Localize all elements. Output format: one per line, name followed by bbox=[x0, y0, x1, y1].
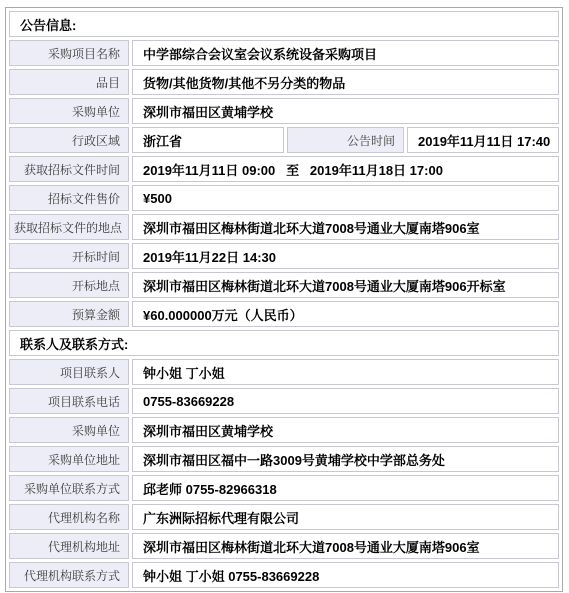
announcement-table: 公告信息:采购项目名称中学部综合会议室会议系统设备采购项目品目货物/其他货物/其… bbox=[5, 7, 563, 592]
field-label-category: 品目 bbox=[9, 69, 129, 95]
field-label-agency-name: 代理机构名称 bbox=[9, 504, 129, 530]
field-value-project-phone: 0755-83669228 bbox=[132, 388, 559, 414]
table-row-purchaser-address: 采购单位地址深圳市福田区福中一路3009号黄埔学校中学部总务处 bbox=[9, 446, 559, 472]
table-row-bid-open-place: 开标地点深圳市福田区梅林街道北环大道7008号通业大厦南塔906开标室 bbox=[9, 272, 559, 298]
field-label-purchaser-address: 采购单位地址 bbox=[9, 446, 129, 472]
field-value-purchaser-contact: 邱老师 0755-82966318 bbox=[132, 475, 559, 501]
table-row-doc-price: 招标文件售价¥500 bbox=[9, 185, 559, 211]
field-value-agency-name: 广东洲际招标代理有限公司 bbox=[132, 504, 559, 530]
procurement-announcement-page: 公告信息:采购项目名称中学部综合会议室会议系统设备采购项目品目货物/其他货物/其… bbox=[0, 7, 569, 593]
table-row-doc-obtain-time: 获取招标文件时间2019年11月11日 09:00 至 2019年11月18日 … bbox=[9, 156, 559, 182]
field-value-project-name: 中学部综合会议室会议系统设备采购项目 bbox=[132, 40, 559, 66]
table-row-budget: 预算金额¥60.000000万元（人民币） bbox=[9, 301, 559, 327]
field-label-bid-open-time: 开标时间 bbox=[9, 243, 129, 269]
field-label-budget: 预算金额 bbox=[9, 301, 129, 327]
field-value-category: 货物/其他货物/其他不另分类的物品 bbox=[132, 69, 559, 95]
table-row-agency-address: 代理机构地址深圳市福田区梅林街道北环大道7008号通业大厦南塔906室 bbox=[9, 533, 559, 559]
section-header-row-contact-info: 联系人及联系方式: bbox=[9, 330, 559, 356]
field-value-region: 浙江省 bbox=[132, 127, 284, 153]
field-value-announce-time: 2019年11月11日 17:40 bbox=[407, 127, 559, 153]
section-header-contact-info: 联系人及联系方式: bbox=[9, 330, 559, 356]
table-row-agency-contact: 代理机构联系方式钟小姐 丁小姐 0755-83669228 bbox=[9, 562, 559, 588]
field-value-doc-obtain-time: 2019年11月11日 09:00 至 2019年11月18日 17:00 bbox=[132, 156, 559, 182]
table-row-region: 行政区域浙江省公告时间2019年11月11日 17:40 bbox=[9, 127, 559, 153]
table-row-purchaser-2: 采购单位深圳市福田区黄埔学校 bbox=[9, 417, 559, 443]
field-value-agency-address: 深圳市福田区梅林街道北环大道7008号通业大厦南塔906室 bbox=[132, 533, 559, 559]
field-label-project-name: 采购项目名称 bbox=[9, 40, 129, 66]
field-label-announce-time: 公告时间 bbox=[287, 127, 404, 153]
table-row-purchaser-contact: 采购单位联系方式邱老师 0755-82966318 bbox=[9, 475, 559, 501]
field-value-agency-contact: 钟小姐 丁小姐 0755-83669228 bbox=[132, 562, 559, 588]
table-row-doc-obtain-place: 获取招标文件的地点深圳市福田区梅林街道北环大道7008号通业大厦南塔906室 bbox=[9, 214, 559, 240]
field-value-bid-open-place: 深圳市福田区梅林街道北环大道7008号通业大厦南塔906开标室 bbox=[132, 272, 559, 298]
field-label-doc-obtain-time: 获取招标文件时间 bbox=[9, 156, 129, 182]
field-value-purchaser-2: 深圳市福田区黄埔学校 bbox=[132, 417, 559, 443]
field-label-agency-address: 代理机构地址 bbox=[9, 533, 129, 559]
table-row-category: 品目货物/其他货物/其他不另分类的物品 bbox=[9, 69, 559, 95]
table-row-project-phone: 项目联系电话0755-83669228 bbox=[9, 388, 559, 414]
field-value-project-contact: 钟小姐 丁小姐 bbox=[132, 359, 559, 385]
section-header-announcement-info: 公告信息: bbox=[9, 11, 559, 37]
table-row-purchaser: 采购单位深圳市福田区黄埔学校 bbox=[9, 98, 559, 124]
field-value-doc-price: ¥500 bbox=[132, 185, 559, 211]
table-row-project-name: 采购项目名称中学部综合会议室会议系统设备采购项目 bbox=[9, 40, 559, 66]
field-label-doc-obtain-place: 获取招标文件的地点 bbox=[9, 214, 129, 240]
field-label-purchaser-contact: 采购单位联系方式 bbox=[9, 475, 129, 501]
field-value-purchaser-address: 深圳市福田区福中一路3009号黄埔学校中学部总务处 bbox=[132, 446, 559, 472]
field-label-project-phone: 项目联系电话 bbox=[9, 388, 129, 414]
section-header-row-announcement-info: 公告信息: bbox=[9, 11, 559, 37]
field-value-budget: ¥60.000000万元（人民币） bbox=[132, 301, 559, 327]
field-label-agency-contact: 代理机构联系方式 bbox=[9, 562, 129, 588]
table-row-bid-open-time: 开标时间2019年11月22日 14:30 bbox=[9, 243, 559, 269]
field-value-purchaser: 深圳市福田区黄埔学校 bbox=[132, 98, 559, 124]
field-label-purchaser-2: 采购单位 bbox=[9, 417, 129, 443]
field-label-doc-price: 招标文件售价 bbox=[9, 185, 129, 211]
table-row-project-contact: 项目联系人钟小姐 丁小姐 bbox=[9, 359, 559, 385]
field-label-project-contact: 项目联系人 bbox=[9, 359, 129, 385]
field-label-bid-open-place: 开标地点 bbox=[9, 272, 129, 298]
field-label-purchaser: 采购单位 bbox=[9, 98, 129, 124]
field-value-bid-open-time: 2019年11月22日 14:30 bbox=[132, 243, 559, 269]
field-value-doc-obtain-place: 深圳市福田区梅林街道北环大道7008号通业大厦南塔906室 bbox=[132, 214, 559, 240]
field-label-region: 行政区域 bbox=[9, 127, 129, 153]
table-row-agency-name: 代理机构名称广东洲际招标代理有限公司 bbox=[9, 504, 559, 530]
